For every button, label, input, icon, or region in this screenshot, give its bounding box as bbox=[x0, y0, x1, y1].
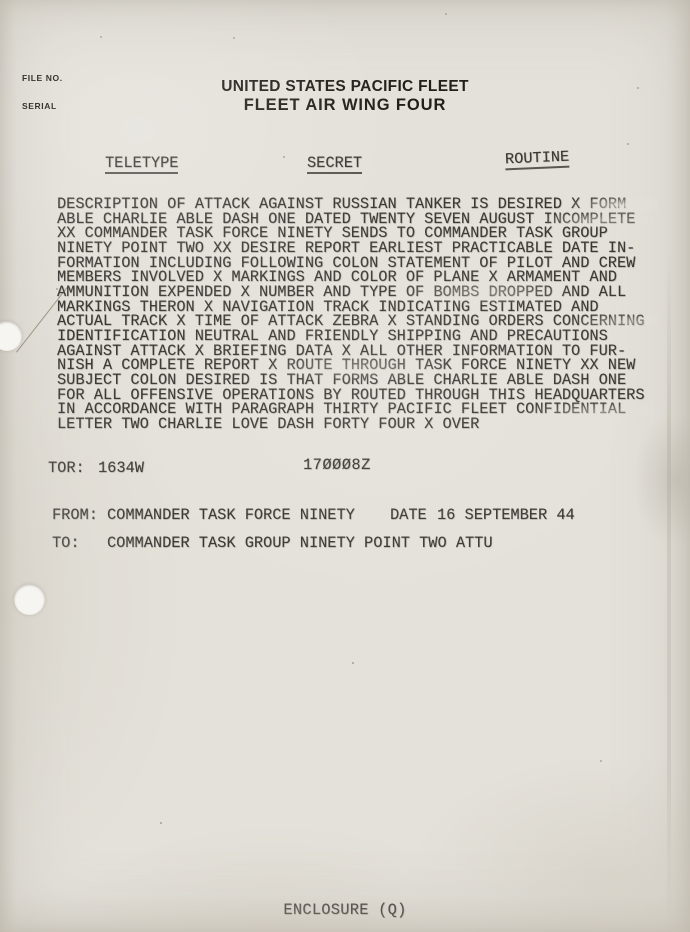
letterhead: UNITED STATES PACIFIC FLEET FLEET AIR WI… bbox=[0, 77, 690, 115]
to-label: TO: bbox=[52, 534, 80, 552]
precedence-label: ROUTINE bbox=[505, 148, 570, 171]
from-label: FROM: bbox=[52, 506, 98, 524]
paper-speck bbox=[600, 760, 602, 762]
transmission-type-label: TELETYPE bbox=[105, 154, 178, 174]
punch-hole bbox=[14, 584, 45, 615]
classification-label: SECRET bbox=[307, 154, 362, 174]
paper-speck bbox=[637, 87, 639, 89]
paper-crease bbox=[667, 250, 671, 932]
date-value: 16 SEPTEMBER 44 bbox=[437, 506, 575, 524]
scanned-document-page: FILE NO. SERIAL UNITED STATES PACIFIC FL… bbox=[0, 0, 690, 932]
paper-speck bbox=[160, 822, 162, 824]
tor-label: TOR: bbox=[48, 459, 85, 477]
org-name-line2: FLEET AIR WING FOUR bbox=[0, 96, 690, 115]
message-body: DESCRIPTION OF ATTACK AGAINST RUSSIAN TA… bbox=[57, 197, 645, 432]
enclosure-label: ENCLOSURE (Q) bbox=[0, 901, 690, 919]
to-value: COMMANDER TASK GROUP NINETY POINT TWO AT… bbox=[107, 534, 493, 552]
paper-speck bbox=[56, 288, 58, 290]
date-label: DATE bbox=[390, 506, 427, 524]
from-value: COMMANDER TASK FORCE NINETY bbox=[107, 506, 355, 524]
paper-speck bbox=[100, 36, 102, 38]
tor-value: 1634W bbox=[98, 459, 144, 477]
paper-speck bbox=[445, 13, 447, 15]
paper-speck bbox=[627, 143, 629, 145]
org-name-line1: UNITED STATES PACIFIC FLEET bbox=[0, 77, 690, 96]
paper-speck bbox=[233, 37, 235, 39]
paper-speck bbox=[283, 156, 285, 158]
date-time-group-value: 17ØØØ8Z bbox=[303, 456, 371, 474]
paper-speck bbox=[352, 662, 354, 664]
